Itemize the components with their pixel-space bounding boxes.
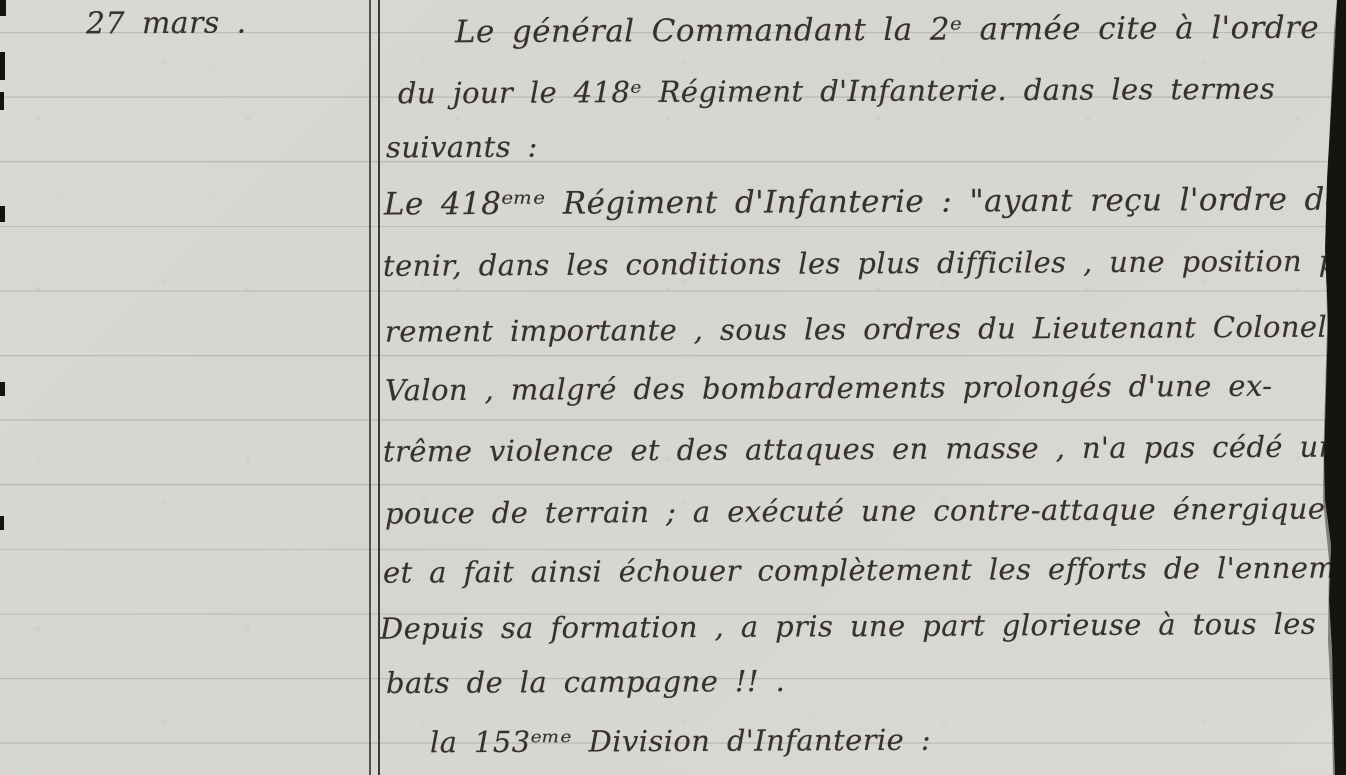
scanned-document-page: 27 mars . Le général Commandant la 2ᵉ ar… [0,0,1346,775]
handwritten-line: la 153ᵉᵐᵉ Division d'Infanterie : [430,723,931,760]
handwritten-line: suivants : [386,130,538,165]
handwritten-line: rement importante , sous les ordres du L… [385,309,1346,348]
scan-edge-right [1312,0,1346,775]
scan-artifact [0,206,5,222]
handwritten-line: et a fait ainsi échouer complètement les… [383,550,1346,589]
scan-artifact [0,516,4,530]
handwritten-line: Le général Commandant la 2ᵉ armée cite à… [455,10,1319,51]
handwritten-line: trême violence et des attaques en masse … [383,430,1338,469]
handwritten-line: tenir, dans les conditions les plus diff… [383,243,1346,283]
handwritten-line: pouce de terrain ; a exécuté une contre-… [385,492,1326,531]
scan-artifact [0,52,5,80]
margin-divider-line [369,0,371,775]
handwritten-line: bats de la campagne !! . [386,664,785,700]
margin-divider-line [378,0,380,775]
handwritten-line: Depuis sa formation , a pris une part gl… [380,606,1346,645]
handwritten-line: Le 418ᵉᵐᵉ Régiment d'Infanterie : "ayant… [384,181,1344,222]
scan-artifact [0,0,6,16]
scan-artifact [0,92,4,110]
scan-artifact [0,382,5,396]
handwritten-line: du jour le 418ᵉ Régiment d'Infanterie. d… [398,72,1275,111]
margin-date: 27 mars . [86,6,247,42]
handwritten-line: Valon , malgré des bombardements prolong… [385,369,1273,408]
